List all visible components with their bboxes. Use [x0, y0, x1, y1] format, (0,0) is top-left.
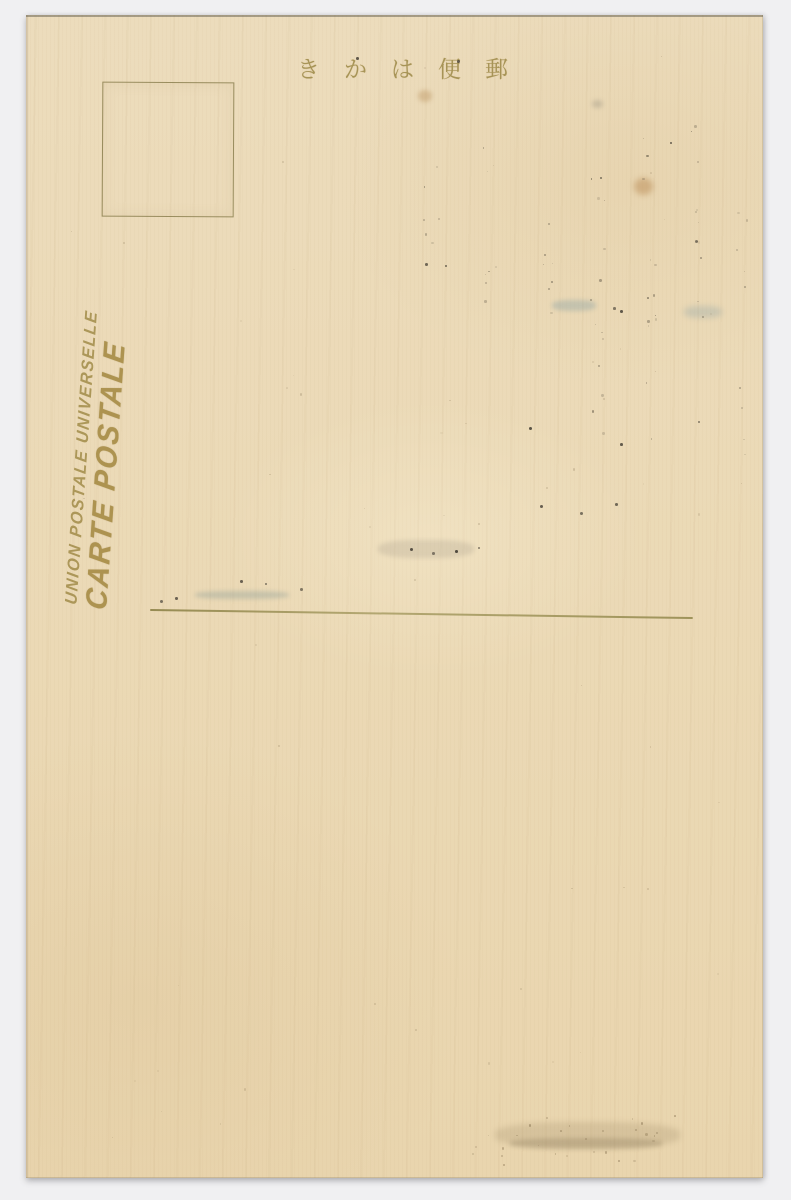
erased-pencil-smudge	[495, 1122, 680, 1148]
paper-speck	[431, 242, 434, 245]
postcard-back: きかは便郵 UNION POSTALE UNIVERSELLE CARTE PO…	[26, 15, 763, 1178]
paper-speck	[240, 320, 242, 322]
paper-speck	[618, 1160, 620, 1162]
paper-speck	[424, 186, 426, 188]
paper-speck	[592, 410, 595, 413]
paper-speck	[438, 218, 440, 220]
paper-speck	[647, 297, 649, 299]
paper-speck	[369, 526, 370, 527]
paper-speck	[255, 644, 257, 646]
paper-speck	[265, 583, 267, 585]
paper-speck	[269, 474, 270, 475]
paper-speck	[696, 241, 697, 242]
paper-speck	[593, 1151, 595, 1153]
paper-speck	[718, 802, 719, 803]
paper-speck	[643, 138, 644, 139]
paper-speck	[744, 286, 746, 288]
paper-speck	[620, 443, 623, 446]
paper-speck	[741, 483, 742, 484]
paper-speck	[286, 387, 288, 389]
paper-speck	[736, 249, 738, 251]
paper-speck	[293, 269, 295, 271]
paper-speck	[661, 56, 662, 57]
scan-backdrop: { "postcard": { "header_text": "きかは便郵", …	[0, 0, 791, 1200]
paper-speck	[485, 282, 487, 284]
paper-speck	[633, 1160, 636, 1163]
paper-speck	[551, 281, 553, 283]
paper-speck	[592, 361, 594, 363]
paper-speck	[698, 222, 699, 223]
paper-speck	[603, 248, 606, 251]
paper-speck	[591, 178, 593, 180]
paper-speck	[569, 1125, 570, 1126]
paper-speck	[544, 254, 546, 256]
paper-speck	[501, 1155, 503, 1157]
paper-speck	[642, 178, 645, 181]
paper-speck	[650, 259, 651, 260]
paper-speck	[414, 579, 416, 581]
paper-speck	[440, 432, 442, 434]
paper-speck	[698, 513, 700, 515]
paper-speck	[123, 242, 125, 244]
paper-speck	[475, 1146, 477, 1148]
paper-speck	[529, 1124, 531, 1126]
paper-speck	[300, 588, 303, 591]
paper-speck	[696, 209, 699, 212]
paper-speck	[560, 1130, 562, 1132]
postage-header-text: きかは便郵	[297, 57, 532, 85]
paper-speck	[516, 1135, 517, 1136]
paper-speck	[580, 512, 583, 515]
paper-speck	[600, 177, 602, 179]
paper-speck	[651, 438, 653, 440]
paper-speck	[737, 212, 739, 214]
paper-speck	[410, 548, 413, 551]
paper-speck	[620, 310, 623, 313]
paper-speck	[178, 985, 179, 986]
paper-speck	[443, 515, 445, 517]
paper-speck	[485, 274, 486, 275]
paper-speck	[374, 1003, 376, 1005]
paper-speck	[641, 1122, 643, 1124]
paper-speck	[602, 338, 604, 340]
stain	[634, 178, 653, 195]
paper-speck	[655, 315, 656, 316]
paper-speck	[702, 316, 704, 318]
paper-speck	[601, 394, 603, 396]
paper-speck	[645, 1133, 648, 1136]
paper-speck	[488, 1135, 489, 1136]
paper-speck	[648, 325, 650, 327]
paper-speck	[654, 264, 656, 266]
paper-speck	[603, 398, 605, 400]
paper-speck	[425, 263, 428, 266]
paper-speck	[478, 547, 480, 549]
erased-ink-smudge	[552, 300, 596, 311]
paper-speck	[664, 219, 665, 220]
paper-speck	[220, 1123, 221, 1124]
paper-speck	[643, 483, 644, 484]
paper-speck	[571, 888, 572, 889]
paper-speck	[601, 332, 603, 334]
paper-speck	[697, 301, 699, 303]
paper-speck	[449, 400, 450, 401]
paper-speck	[552, 1061, 554, 1063]
paper-speck	[744, 271, 745, 272]
paper-speck	[157, 1070, 159, 1072]
paper-speck	[697, 161, 699, 163]
paper-speck	[364, 508, 365, 509]
paper-speck	[653, 294, 655, 296]
paper-speck	[646, 155, 649, 158]
paper-speck	[160, 600, 163, 603]
paper-speck	[599, 279, 602, 282]
paper-speck	[655, 318, 657, 320]
paper-speck	[415, 1029, 417, 1031]
paper-speck	[602, 1130, 605, 1133]
paper-speck	[300, 393, 302, 395]
paper-speck	[746, 219, 748, 221]
paper-speck	[581, 685, 582, 686]
paper-speck	[445, 265, 447, 267]
paper-speck	[282, 161, 284, 163]
paper-speck	[520, 988, 522, 990]
address-divider-line	[150, 609, 693, 619]
paper-speck	[604, 200, 605, 201]
paper-speck	[647, 320, 649, 322]
paper-speck	[465, 423, 467, 425]
paper-speck	[493, 165, 494, 166]
paper-speck	[694, 125, 697, 128]
paper-speck	[717, 973, 719, 975]
paper-speck	[293, 375, 294, 376]
paper-speck	[425, 233, 428, 236]
paper-speck	[698, 241, 700, 243]
paper-speck	[620, 348, 621, 349]
paper-speck	[555, 1153, 557, 1155]
paper-speck	[741, 407, 743, 409]
paper-speck	[674, 1115, 676, 1117]
paper-speck	[538, 1145, 539, 1146]
paper-speck	[278, 745, 280, 747]
erased-pencil-smudge	[510, 1138, 662, 1149]
paper-speck	[472, 1153, 474, 1155]
paper-speck	[488, 271, 490, 273]
erased-ink-smudge	[684, 306, 722, 318]
paper-speck	[175, 597, 178, 600]
paper-speck	[573, 468, 575, 470]
paper-speck	[623, 887, 625, 889]
paper-speck	[503, 1164, 504, 1165]
paper-speck	[488, 1062, 490, 1064]
paper-speck	[134, 1080, 136, 1082]
paper-speck	[548, 288, 551, 291]
paper-speck	[432, 552, 435, 555]
paper-speck	[744, 454, 745, 455]
paper-speck	[483, 147, 485, 149]
erased-pencil-smudge	[378, 540, 474, 558]
stamp-box	[102, 82, 235, 218]
stain	[592, 100, 603, 108]
paper-speck	[502, 1147, 504, 1149]
paper-speck	[478, 523, 480, 525]
paper-speck	[244, 1088, 246, 1090]
paper-speck	[548, 223, 550, 225]
paper-speck	[650, 746, 652, 748]
paper-speck	[529, 427, 532, 430]
paper-speck	[423, 219, 425, 221]
paper-speck	[654, 1135, 655, 1136]
paper-speck	[161, 1111, 162, 1112]
paper-speck	[710, 313, 712, 315]
paper-speck	[543, 264, 544, 265]
paper-speck	[605, 1151, 608, 1154]
paper-speck	[487, 171, 488, 172]
paper-speck	[655, 371, 656, 372]
paper-speck	[484, 300, 486, 302]
paper-speck	[670, 142, 672, 144]
paper-speck	[698, 421, 700, 423]
paper-speck	[495, 266, 497, 268]
paper-speck	[695, 240, 698, 243]
paper-speck	[646, 382, 647, 383]
paper-speck	[739, 387, 741, 389]
paper-speck	[602, 432, 604, 434]
paper-speck	[546, 1117, 548, 1119]
paper-speck	[590, 299, 592, 301]
paper-speck	[700, 257, 702, 259]
paper-speck	[652, 1140, 655, 1143]
paper-speck	[550, 312, 553, 315]
paper-speck	[632, 1118, 634, 1120]
paper-speck	[595, 324, 596, 325]
erased-ink-smudge	[195, 591, 289, 599]
paper-speck	[695, 211, 697, 213]
paper-speck	[635, 1129, 637, 1131]
stain	[418, 90, 432, 102]
paper-speck	[240, 580, 243, 583]
paper-speck	[71, 231, 72, 232]
paper-speck	[112, 1137, 113, 1138]
paper-speck	[552, 263, 553, 264]
paper-speck	[647, 888, 649, 890]
paper-speck	[580, 1052, 581, 1053]
paper-speck	[436, 166, 438, 168]
paper-speck	[615, 503, 618, 506]
paper-speck	[597, 197, 600, 200]
paper-speck	[613, 307, 616, 310]
paper-speck	[566, 1155, 568, 1157]
paper-speck	[585, 1138, 587, 1140]
paper-speck	[546, 487, 548, 489]
paper-speck	[650, 172, 652, 174]
paper-speck	[691, 131, 693, 133]
paper-speck	[656, 1132, 658, 1134]
paper-speck	[540, 505, 543, 508]
paper-speck	[743, 439, 744, 440]
paper-speck	[455, 550, 458, 553]
paper-speck	[598, 365, 599, 366]
